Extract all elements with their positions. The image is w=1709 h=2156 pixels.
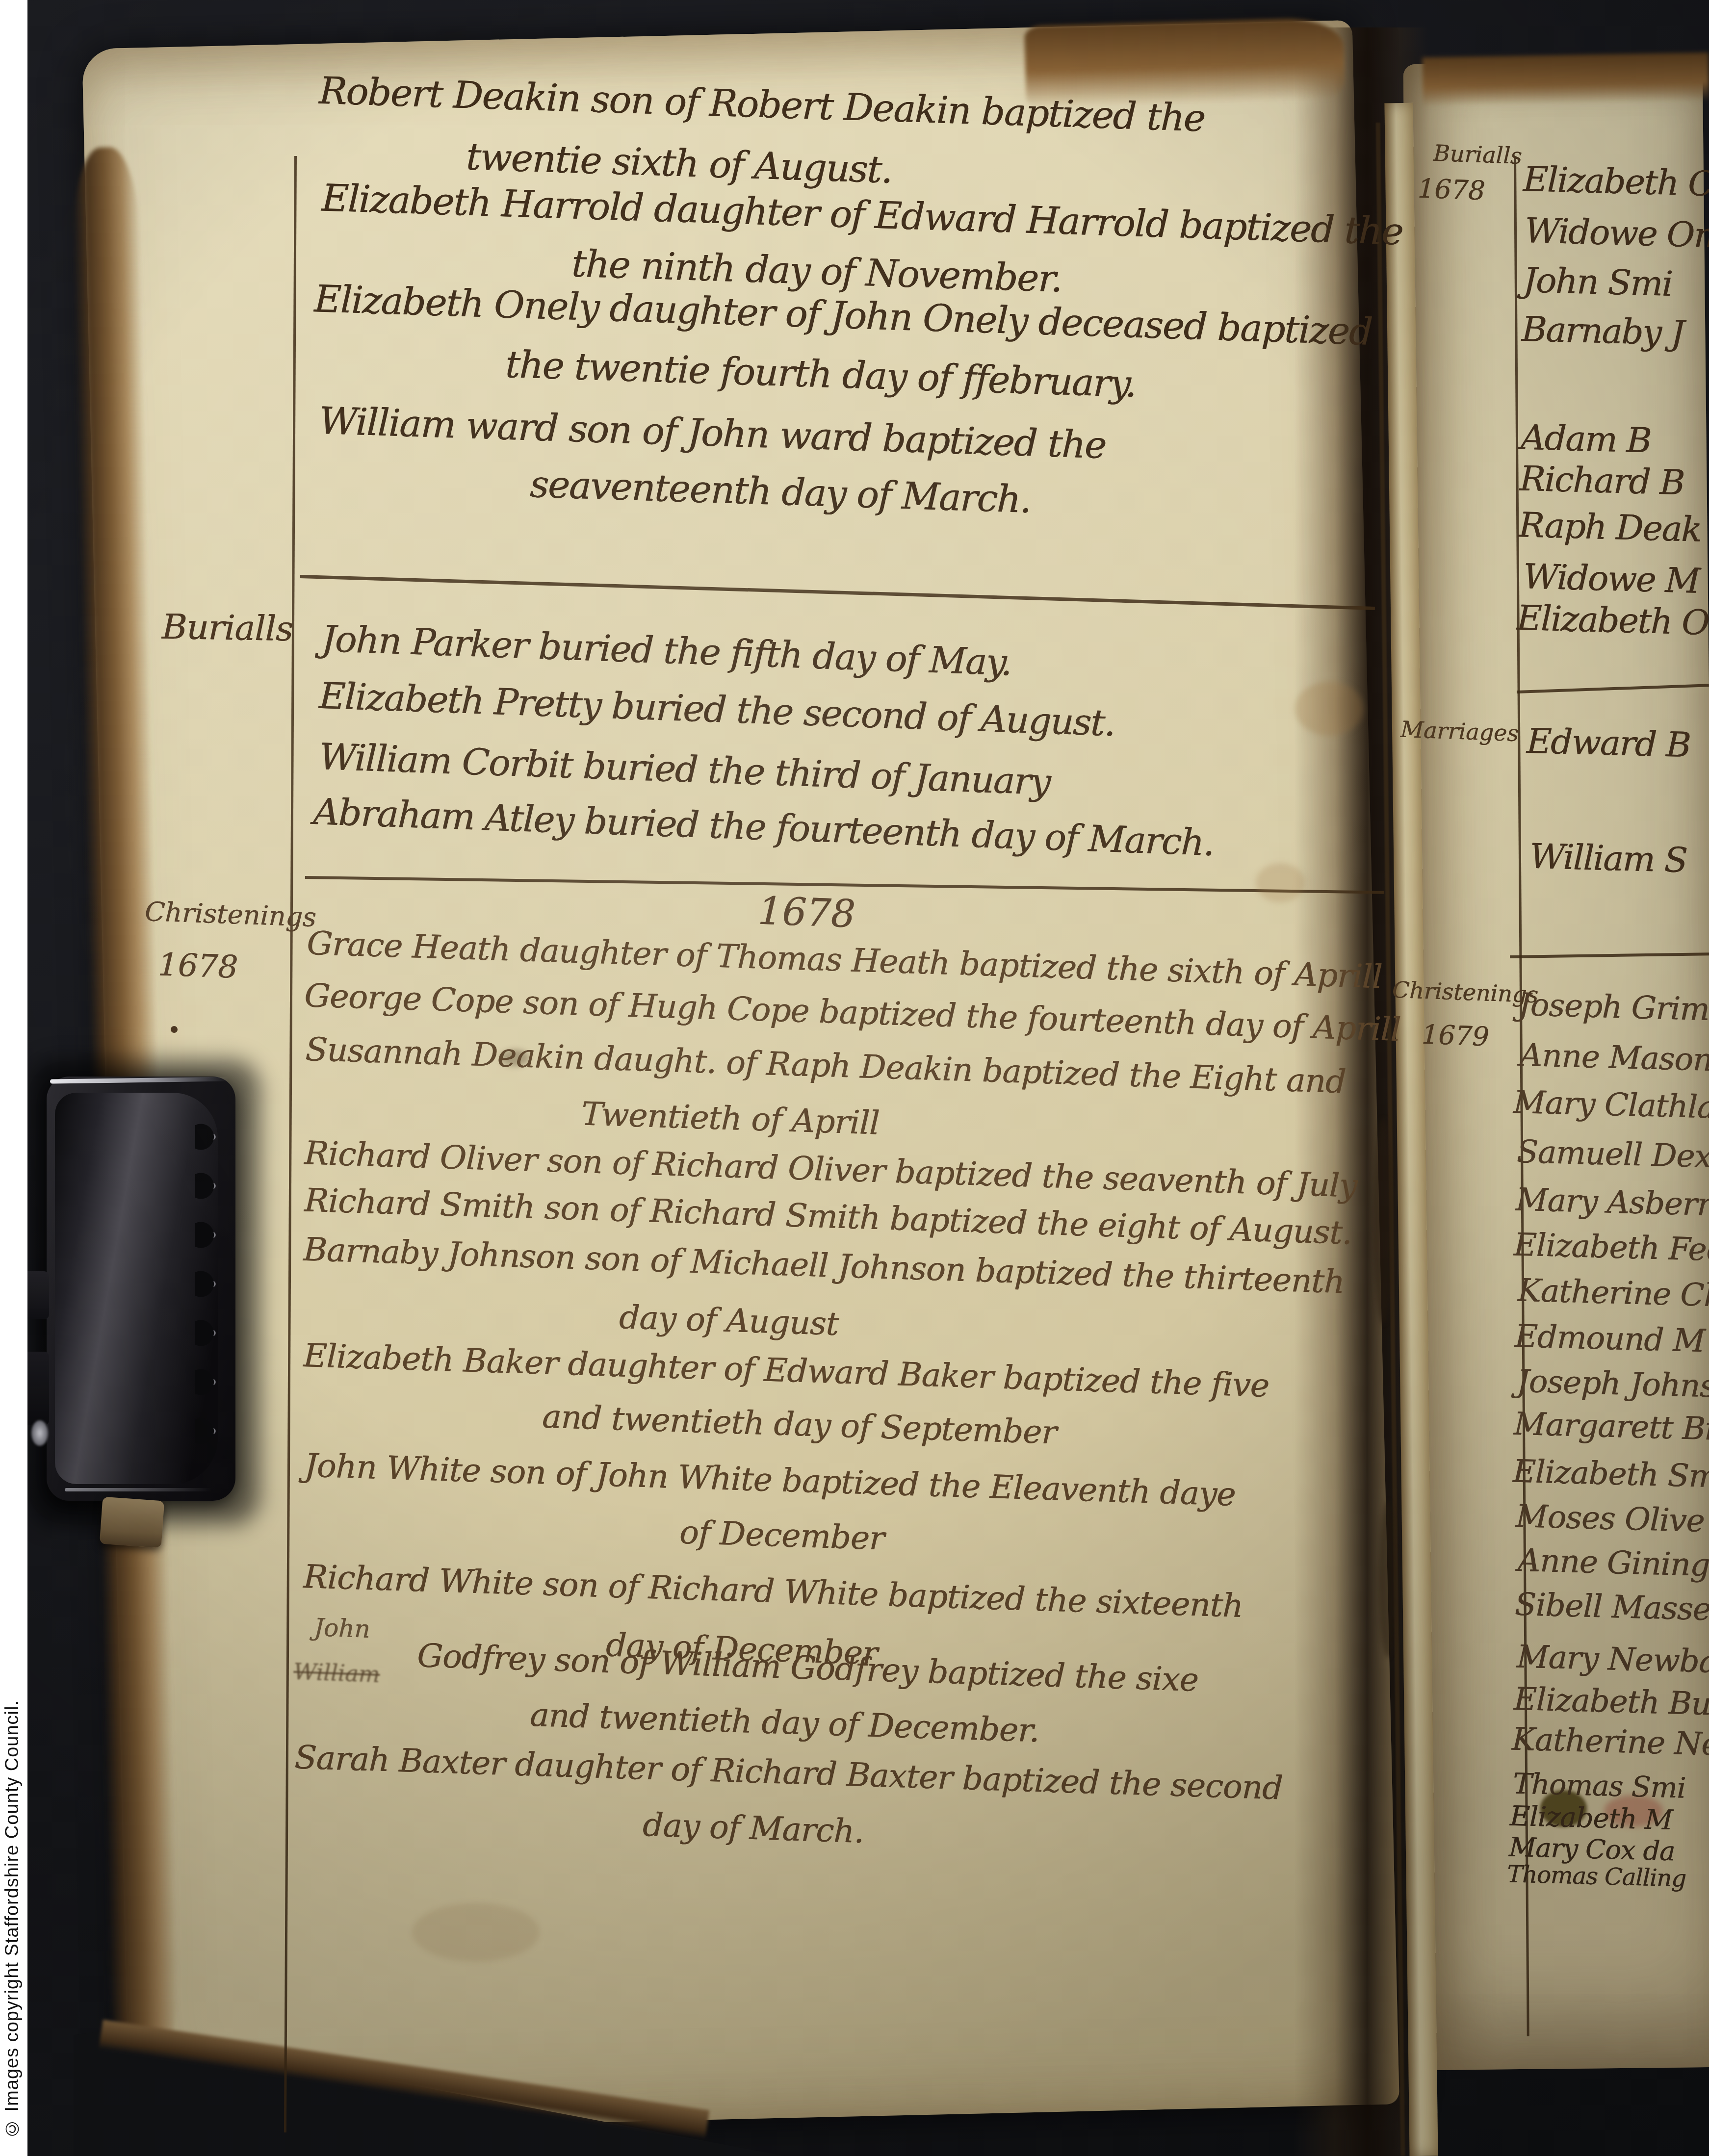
register-entry-line: Elizabeth Ol xyxy=(1516,601,1709,641)
margin-dot xyxy=(171,1026,178,1033)
binder-clip-serrated-edge xyxy=(195,1112,227,1458)
register-entry-line: Katherine Ne xyxy=(1511,1723,1709,1760)
copyright-text: © Images copyright Staffordshire County … xyxy=(2,1633,26,2138)
christenings-margin-year: 1678 xyxy=(157,949,238,983)
register-entry-line: Mary Asberri xyxy=(1515,1184,1709,1221)
register-entry-line: of December xyxy=(679,1516,884,1555)
copyright-strip: © Images copyright Staffordshire County … xyxy=(0,0,27,2156)
register-entry-line: Moses Olive xyxy=(1515,1501,1705,1537)
binder-clip-roll xyxy=(55,1093,218,1484)
register-entry-line: John Smi xyxy=(1523,263,1672,301)
register-entry-line: Twentieth of Aprill xyxy=(581,1098,880,1139)
margin-correction-name: John xyxy=(313,1615,370,1642)
register-entry-line: Sibell Masse xyxy=(1514,1589,1709,1625)
right-christenings-margin-label: Christenings xyxy=(1392,978,1538,1006)
register-photo: Robert Deakin son of Robert Deakin bapti… xyxy=(0,0,1709,2156)
gutter-smudge xyxy=(1373,1118,1393,1324)
register-entry-line: Katherine Ch xyxy=(1517,1275,1709,1312)
register-entry-line: Mary Cox da xyxy=(1508,1834,1675,1865)
register-entry-line: Elizabeth Bu xyxy=(1513,1684,1709,1720)
register-entry-line: Widowe M xyxy=(1523,559,1700,598)
register-entry-line: William S xyxy=(1529,839,1687,877)
register-entry-line: day of March. xyxy=(642,1809,864,1848)
binder-clip-glint xyxy=(31,1420,48,1446)
register-entry-line: Anne Gining xyxy=(1517,1545,1709,1581)
right-page-torn-top-edge xyxy=(1422,52,1709,106)
register-entry-line: Edmound M xyxy=(1514,1321,1705,1357)
binder-clip-highlight xyxy=(65,1488,212,1491)
register-entry-line: Thomas Calling xyxy=(1506,1862,1686,1891)
register-entry-line: Joseph Grim xyxy=(1518,989,1709,1026)
right-burials-margin-label: Burialls xyxy=(1433,142,1522,167)
register-entry-line: Anne Mason xyxy=(1519,1040,1709,1076)
christenings-margin-label: Christenings xyxy=(144,898,316,931)
register-entry-line: Margarett Bird xyxy=(1513,1409,1709,1446)
register-entry-line: Elizabeth M xyxy=(1509,1803,1673,1835)
register-entry-line: Elizabeth C xyxy=(1523,162,1709,201)
register-entry-line: Samuell Dex xyxy=(1516,1136,1709,1173)
register-entry-line: Elizabeth Fee xyxy=(1513,1229,1709,1266)
register-entry-line: Mary Clathlast xyxy=(1513,1087,1709,1124)
register-entry-line: day of August xyxy=(619,1301,839,1340)
register-entry-line: Richard B xyxy=(1519,462,1684,500)
register-entry-line: Barnaby J xyxy=(1521,312,1684,351)
marriages-margin-label: Marriages xyxy=(1400,718,1519,744)
register-entry-line: Edward B xyxy=(1526,724,1690,763)
page-stain xyxy=(412,1903,540,1962)
register-entry-line: Elizabeth Smith xyxy=(1512,1456,1709,1493)
gutter-smudge xyxy=(1379,1501,1396,1658)
register-entry-line: Adam B xyxy=(1520,420,1651,458)
struck-out-name: William xyxy=(293,1660,380,1686)
year-heading: 1678 xyxy=(757,892,856,934)
right-christenings-margin-year: 1679 xyxy=(1421,1022,1489,1051)
page-stain xyxy=(1295,682,1364,736)
register-entry-line: Raph Deak xyxy=(1518,508,1702,547)
leather-strap xyxy=(100,1497,164,1548)
register-entry-line: Joseph Johns xyxy=(1516,1366,1709,1403)
register-entry-line: Mary Newbal xyxy=(1516,1641,1709,1678)
burials-margin-label: Burialls xyxy=(161,610,293,646)
register-entry-line: Widowe On xyxy=(1524,213,1709,253)
register-entry-line: Thomas Smi xyxy=(1512,1769,1685,1802)
right-burials-margin-year: 1678 xyxy=(1417,176,1485,205)
page-stain xyxy=(1256,863,1305,902)
